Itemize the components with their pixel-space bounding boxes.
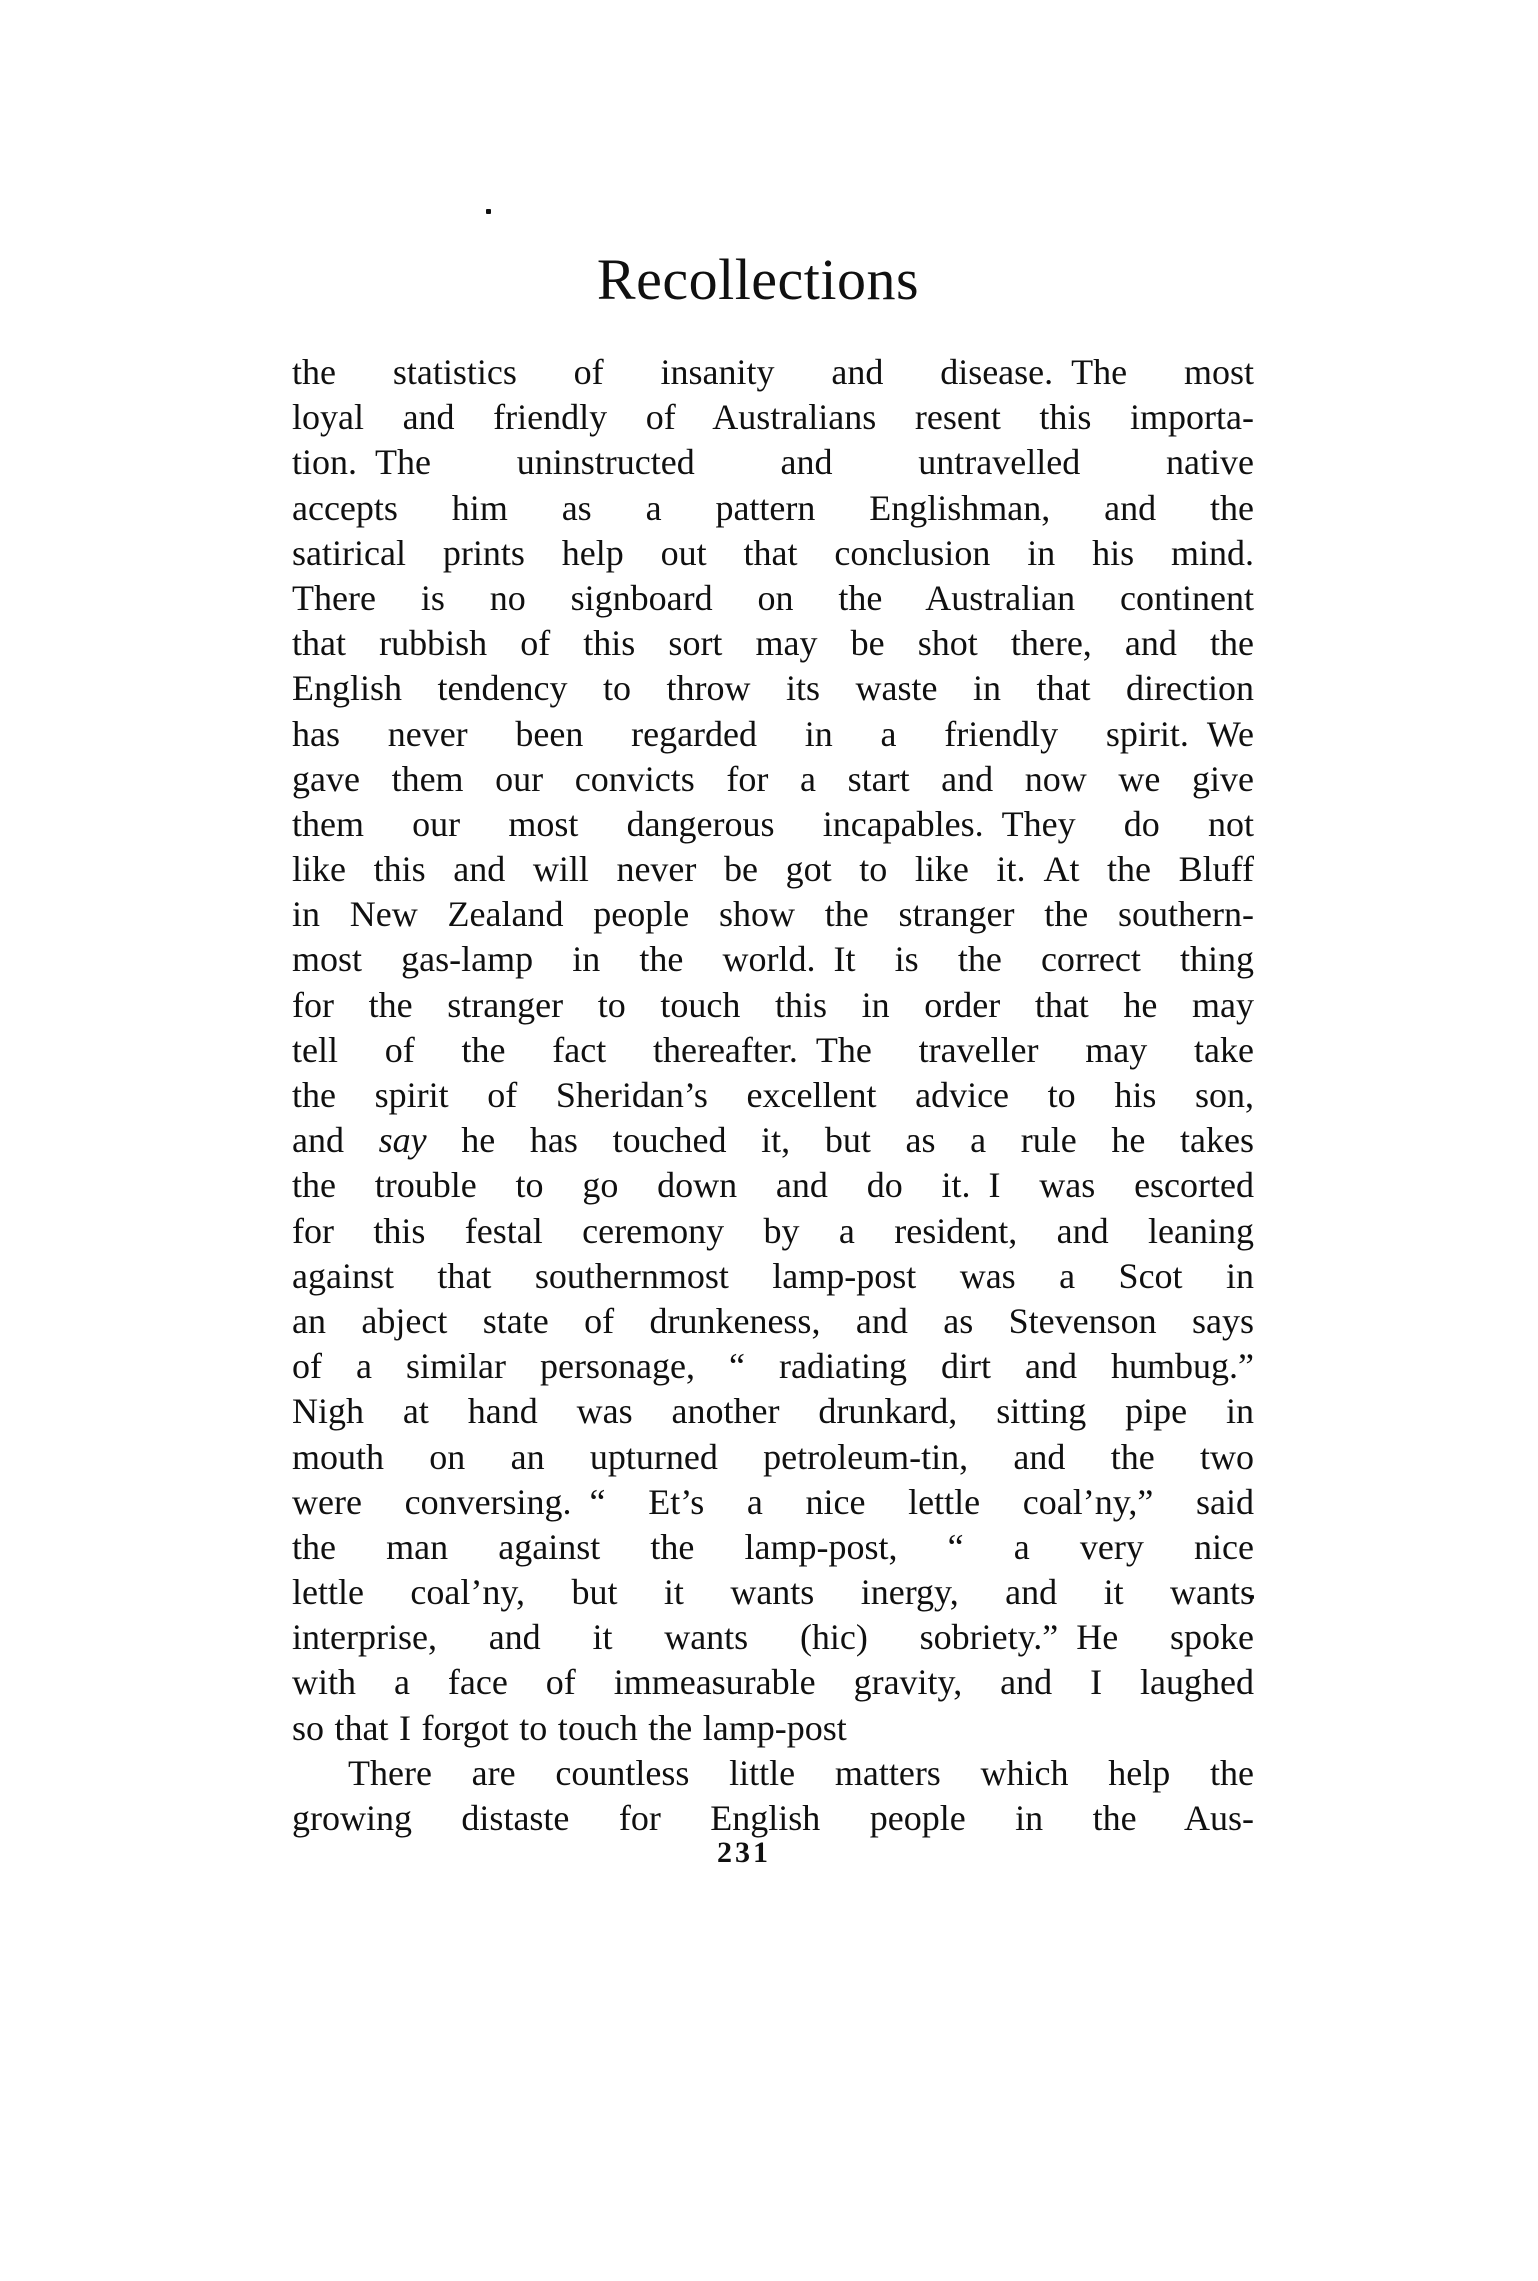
text-line-with-italic: and say he has touched it, but as a rule… [292,1118,1254,1163]
text-line: with a face of immeasurable gravity, and… [292,1660,1254,1705]
text-line: has never been regarded in a friendly sp… [292,712,1254,757]
text-line: satirical prints help out that conclusio… [292,531,1254,576]
text-line: the spirit of Sheridan’s excellent advic… [292,1073,1254,1118]
text-line: the statistics of insanity and disease. … [292,350,1254,395]
text-line: against that southernmost lamp-post was … [292,1254,1254,1299]
text-line: the man against the lamp-post, “ a very … [292,1525,1254,1570]
text-line: most gas-lamp in the world. It is the co… [292,937,1254,982]
scan-speck [486,209,491,214]
book-page: Recollections the statistics of insanity… [0,0,1538,2281]
page-title: Recollections [288,246,1228,313]
text-line: English tendency to throw its waste in t… [292,666,1254,711]
text-line: for this festal ceremony by a resident, … [292,1209,1254,1254]
text-line: in New Zealand people show the stranger … [292,892,1254,937]
text-line: accepts him as a pattern Englishman, and… [292,486,1254,531]
text-segment: and [292,1120,379,1160]
text-line: loyal and friendly of Australians resent… [292,395,1254,440]
text-line: of a similar personage, “ radiating dirt… [292,1344,1254,1389]
text-line: growing distaste for English people in t… [292,1796,1254,1841]
text-line-paragraph-start: There are countless little matters which… [292,1751,1254,1796]
text-line: the trouble to go down and do it. I was … [292,1163,1254,1208]
text-line: that rubbish of this sort may be shot th… [292,621,1254,666]
text-line: interprise, and it wants (hic) sobriety.… [292,1615,1254,1660]
text-line: There is no signboard on the Australian … [292,576,1254,621]
text-line: tell of the fact thereafter. The travell… [292,1028,1254,1073]
page-number: 231 [288,1836,1200,1870]
text-line: them our most dangerous incapables. They… [292,802,1254,847]
text-segment: he has touched it, but as a rule he take… [427,1120,1254,1160]
text-line: Nigh at hand was another drunkard, sitti… [292,1389,1254,1434]
text-line: lettle coal’ny, but it wants inergy, and… [292,1570,1254,1615]
body-text: the statistics of insanity and disease. … [292,350,1254,1841]
text-line: tion. The uninstructed and untravelled n… [292,440,1254,485]
text-line: like this and will never be got to like … [292,847,1254,892]
text-line-paragraph-end: so that I forgot to touch the lamp-post [292,1706,1254,1751]
text-line: gave them our convicts for a start and n… [292,757,1254,802]
text-line: were conversing. “ Et’s a nice lettle co… [292,1480,1254,1525]
text-line: an abject state of drunkeness, and as St… [292,1299,1254,1344]
text-line: mouth on an upturned petroleum-tin, and … [292,1435,1254,1480]
italic-word: say [379,1120,427,1160]
text-line: for the stranger to touch this in order … [292,983,1254,1028]
